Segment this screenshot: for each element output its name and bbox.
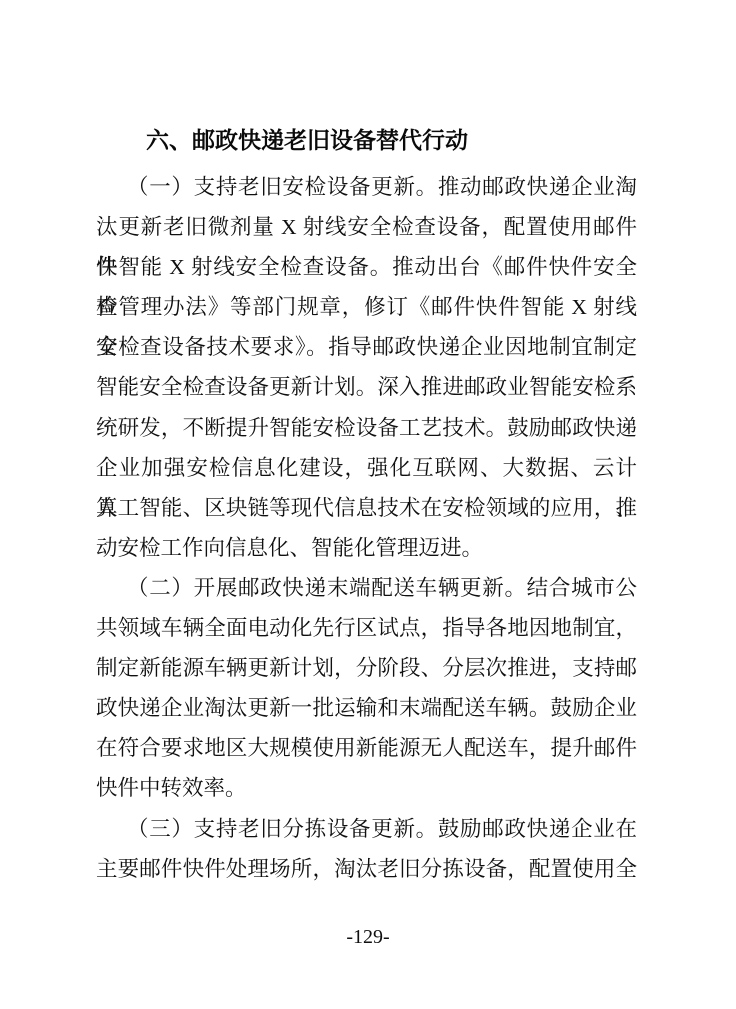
text-line: 全检查设备技术要求》。指导邮政快递企业因地制宜制定 — [96, 327, 637, 367]
text-line: 快件中转效率。 — [96, 768, 637, 808]
text-line: 政快递企业淘汰更新一批运输和末端配送车辆。鼓励企业 — [96, 688, 637, 728]
section-heading: 六、邮政快递老旧设备替代行动 — [96, 119, 637, 163]
text-line: 统研发，不断提升智能安检设备工艺技术。鼓励邮政快递 — [96, 408, 637, 448]
page-footer: -129- — [0, 926, 736, 949]
text-line: 在符合要求地区大规模使用新能源无人配送车，提升邮件 — [96, 728, 637, 768]
text-line: 人工智能、区块链等现代信息技术在安检领域的应用，推 — [96, 488, 637, 528]
text-line: （一）支持老旧安检设备更新。推动邮政快递企业淘 — [96, 167, 637, 207]
text-line: 智能安全检查设备更新计划。深入推进邮政业智能安检系 — [96, 367, 637, 407]
text-line: 共领域车辆全面电动化先行区试点，指导各地因地制宜， — [96, 608, 637, 648]
document-body: 六、邮政快递老旧设备替代行动 （一）支持老旧安检设备更新。推动邮政快递企业淘汰更… — [96, 119, 637, 889]
text-line: （三）支持老旧分拣设备更新。鼓励邮政快递企业在 — [96, 809, 637, 849]
text-line: 主要邮件快件处理场所，淘汰老旧分拣设备，配置使用全 — [96, 849, 637, 889]
paragraphs: （一）支持老旧安检设备更新。推动邮政快递企业淘汰更新老旧微剂量 X 射线安全检查… — [96, 167, 637, 889]
text-line: 查管理办法》等部门规章，修订《邮件快件智能 X 射线安 — [96, 287, 637, 327]
text-line: 汰更新老旧微剂量 X 射线安全检查设备，配置使用邮件快 — [96, 207, 637, 247]
text-line: 制定新能源车辆更新计划，分阶段、分层次推进，支持邮 — [96, 648, 637, 688]
text-line: 件智能 X 射线安全检查设备。推动出台《邮件快件安全检 — [96, 247, 637, 287]
text-line: （二）开展邮政快递末端配送车辆更新。结合城市公 — [96, 568, 637, 608]
text-line: 动安检工作向信息化、智能化管理迈进。 — [96, 528, 637, 568]
page-number: -129- — [346, 926, 389, 948]
text-line: 企业加强安检信息化建设，强化互联网、大数据、云计算、 — [96, 448, 637, 488]
document-page: 六、邮政快递老旧设备替代行动 （一）支持老旧安检设备更新。推动邮政快递企业淘汰更… — [0, 0, 736, 1009]
